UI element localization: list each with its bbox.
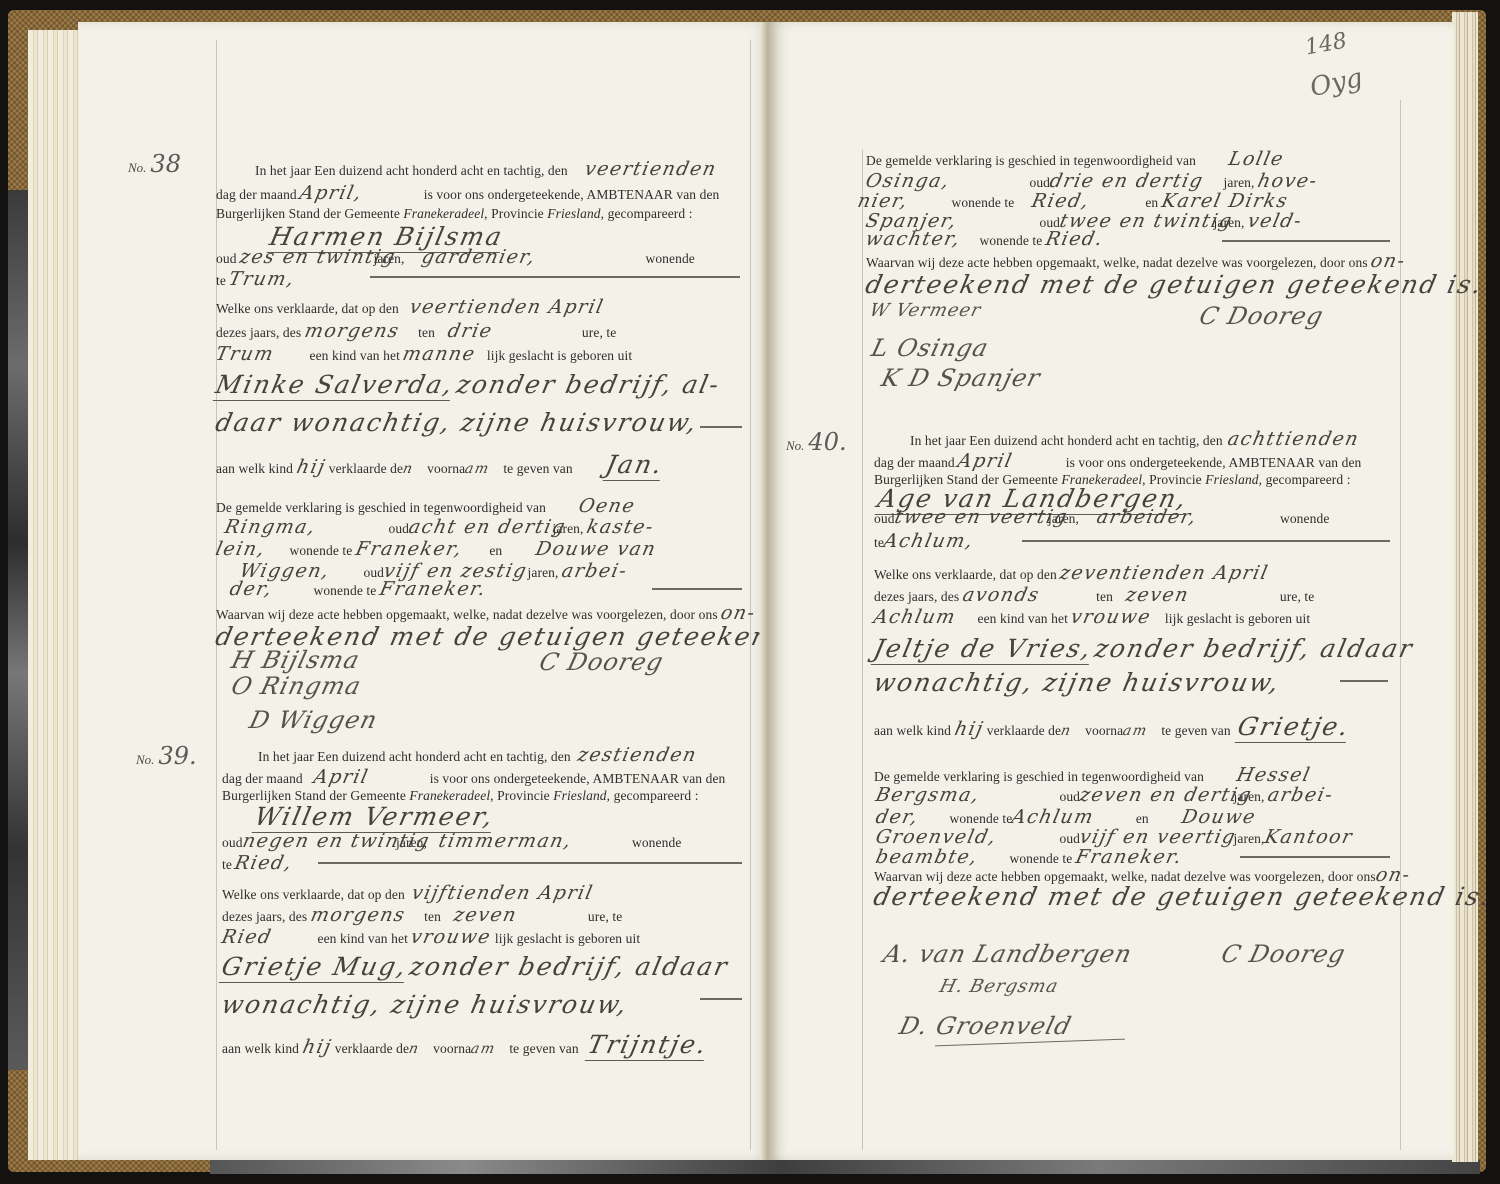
printed-text: , gecompareerd : (607, 788, 699, 803)
birth-date-line: Welke ons verklaarde, dat op den zeventi… (874, 562, 1269, 584)
witness2-line: Groenveld, oudvijf en veertig jaren,Kant… (876, 826, 1352, 848)
printed-text: een kind van het (309, 348, 399, 363)
handwritten-closing: on- (1369, 250, 1408, 272)
mother-line-2: wonachtig, zijne huisvrouw, (874, 668, 1280, 697)
handwritten-witness2-first: Douwe van (533, 538, 658, 560)
printed-text: te (222, 857, 232, 872)
handwritten-suffix: am (470, 1041, 498, 1057)
handwritten-witness1-last: Osinga, (864, 170, 1029, 192)
child-name-line: aan welk kind hij verklaarde den voornaa… (222, 1030, 707, 1061)
handwritten-witness2-last: Groenveld, (874, 826, 1059, 848)
printed-text: dag der maand (216, 187, 297, 202)
printed-text: voorna (433, 1041, 471, 1056)
handwritten-sex: vrouwe (409, 926, 494, 948)
printed-text: dezes jaars, des (216, 325, 301, 340)
handwritten-witness1-residence: Franeker, (353, 538, 478, 560)
entry-number: 40. (808, 428, 846, 456)
mother-line: Jeltje de Vries, zonder bedrijf, aldaar (874, 634, 1414, 665)
handwritten-time: morgens (302, 320, 417, 342)
handwritten-sex: vrouwe (1069, 606, 1164, 628)
printed-text: oud (1059, 789, 1080, 804)
handwritten-closing: derteekend met de getuigen geteekend is. (863, 270, 1486, 299)
left-right-rule (750, 40, 751, 1150)
fill-rule (1340, 680, 1388, 682)
handwritten-witness1-last: Bergsma, (874, 784, 1059, 806)
printed-text: ten (424, 909, 441, 924)
no-label: No. (136, 752, 154, 767)
handwritten-witness1-occupation: nier, (856, 190, 951, 212)
handwritten-witness2-first: Douwe (1180, 806, 1259, 828)
handwritten-witness1-first: Lolle (1227, 148, 1287, 170)
witness2-res-line: wachter, wonende te Ried. (866, 228, 1103, 250)
handwritten-hour: zeven (1124, 584, 1239, 606)
printed-text: lijk geslacht is geboren uit (487, 348, 632, 363)
intro-line: In het jaar Een duizend acht honderd ach… (258, 744, 697, 766)
printed-text: Waarvan wij deze acte hebben opgemaakt, … (216, 607, 718, 622)
handwritten-witness1-residence: Achlum (1010, 806, 1115, 828)
signature-official: C Dooreg (1197, 302, 1327, 330)
handwritten-age: negen en twintig (240, 830, 395, 852)
printed-text: is voor ons ondergeteekende, AMBTENAAR v… (424, 187, 720, 202)
printed-text: te geven van (1161, 723, 1230, 738)
witness1-res-line: nier, wonende te Ried, en Karel Dirks (858, 190, 1288, 212)
printed-text: oud (222, 835, 243, 850)
handwritten-birth-date: vijftienden April (410, 882, 596, 904)
no-label: No. (786, 438, 804, 453)
printed-text: oud (216, 251, 237, 266)
printed-text: wonende te (951, 195, 1014, 210)
handwritten-hour: drie (446, 320, 551, 342)
handwritten-suffix: am (464, 461, 492, 477)
mother-line-2: daar wonachtig, zijne huisvrouw, (216, 408, 698, 437)
printed-text: wonende (632, 835, 681, 850)
handwritten-mother-detail: wonachtig, zijne huisvrouw, (219, 990, 631, 1019)
signature-witness1: H. Bergsma (937, 976, 1060, 997)
signature-witness2: D. Groenveld (897, 1012, 1075, 1040)
marbled-board-left (8, 190, 30, 1070)
handwritten-suffix: n (407, 1041, 421, 1057)
printed-text: aan welk kind (874, 723, 951, 738)
age-line: oud zes en twintig jaren, gardenier, won… (216, 246, 695, 268)
handwritten-hour: zeven (452, 904, 557, 926)
closing-line-2: derteekend met de getuigen geteekend is. (866, 270, 1483, 299)
municipality-line: Burgerlijken Stand der Gemeente Franeker… (216, 206, 693, 222)
witness1-line: Osinga, ouddrie en dertig jaren, hove- (866, 170, 1318, 192)
printed-text: wonende (1280, 511, 1329, 526)
signature-official: C Dooreg (1219, 940, 1349, 968)
handwritten-residence: Ried, (233, 852, 295, 874)
handwritten-witness1-first: Hessel (1235, 764, 1313, 786)
signature-declarant: H Bijlsma (229, 646, 363, 674)
printed-text: jaren, (1234, 831, 1265, 846)
printed-text: In het jaar Een duizend acht honderd ach… (255, 163, 568, 178)
handwritten-witness1-first: Oene (577, 495, 638, 517)
printed-text: voorna (1085, 723, 1123, 738)
printed-text: dezes jaars, des (874, 589, 959, 604)
signature-witness2: K D Spanjer (879, 364, 1044, 392)
no-label: No. (128, 160, 146, 175)
printed-text: oud (388, 521, 409, 536)
printed-text: De gemelde verklaring is geschied in teg… (216, 500, 546, 515)
printed-text: voorna (427, 461, 465, 476)
printed-text: , gecompareerd : (601, 206, 693, 221)
sex-line: Achlum een kind van het vrouwe lijk gesl… (874, 606, 1310, 628)
witness1-res-line: der, wonende teAchlum en Douwe (876, 806, 1256, 828)
province: Friesland (547, 206, 600, 221)
handwritten-witness1-last: Ringma, (223, 516, 388, 538)
handwritten-day: veertienden (583, 158, 719, 180)
printed-text: , gecompareerd : (1259, 472, 1351, 487)
handwritten-witness1-age: acht en dertig (407, 516, 552, 538)
handwritten-witness2-occupation: arbei- (560, 560, 630, 582)
handwritten-hij: hij (300, 1036, 333, 1058)
declarant-line: Willem Vermeer, (255, 802, 494, 833)
mother-line: Minke Salverda, zonder bedrijf, al- (216, 370, 720, 401)
handwritten-mother-detail: zonder bedrijf, aldaar (1092, 634, 1417, 663)
page-stack-left (28, 30, 80, 1160)
printed-text: De gemelde verklaring is geschied in teg… (874, 769, 1204, 784)
printed-text: een kind van het (977, 611, 1067, 626)
handwritten-suffix: n (401, 461, 415, 477)
month-line: dag der maand April is voor ons onderget… (222, 766, 725, 788)
printed-text: Welke ons verklaarde, dat op den (874, 567, 1057, 582)
fill-rule (700, 426, 742, 428)
province: Friesland (553, 788, 606, 803)
printed-text: ure, te (588, 909, 622, 924)
time-line: dezes jaars, des avonds ten zeven ure, t… (874, 584, 1314, 606)
handwritten-witness1-age: zeven en dertig (1078, 784, 1233, 806)
intro-line: In het jaar Een duizend acht honderd ach… (910, 428, 1359, 450)
entry-number: 39. (158, 742, 196, 770)
witness-line: De gemelde verklaring is geschied in teg… (866, 148, 1284, 170)
fill-rule (1240, 856, 1390, 858)
printed-text: In het jaar Een duizend acht honderd ach… (258, 749, 571, 764)
printed-text: jaren, (1224, 175, 1255, 190)
handwritten-residence: Achlum, (882, 530, 976, 552)
handwritten-mother: Minke Salverda, (213, 370, 457, 401)
handwritten-month: April (956, 450, 1051, 472)
handwritten-occupation: timmerman, (436, 830, 601, 852)
printed-text: aan welk kind (216, 461, 293, 476)
witness1-res-line: lein, wonende te Franeker, en Douwe van (216, 538, 656, 560)
residence-line: te Trum, (216, 268, 295, 290)
printed-text: De gemelde verklaring is geschied in teg… (866, 153, 1196, 168)
handwritten-time: morgens (308, 904, 423, 926)
age-line: oudnegen en twintig jaren, timmerman, wo… (222, 830, 681, 852)
handwritten-mother-detail: zonder bedrijf, al- (454, 370, 723, 399)
witness-line: De gemelde verklaring is geschied in teg… (216, 495, 636, 517)
fill-rule (1222, 240, 1390, 242)
entry-number-40: No.40. (786, 428, 847, 456)
printed-text: verklaarde de (335, 1041, 409, 1056)
handwritten-witness1-occupation: der, (874, 806, 949, 828)
child-name-line: aan welk kind hij verklaarde den voornaa… (874, 712, 1350, 743)
handwritten-witness2-first: Karel Dirks (1159, 190, 1290, 212)
witness-line: De gemelde verklaring is geschied in teg… (874, 764, 1311, 786)
witness1-line: Bergsma, oudzeven en dertig jaren, arbei… (876, 784, 1333, 806)
fill-rule (318, 862, 742, 864)
mother-line-2: wonachtig, zijne huisvrouw, (222, 990, 628, 1019)
printed-text: verklaarde de (329, 461, 403, 476)
printed-text: Burgerlijken Stand der Gemeente (222, 788, 406, 803)
printed-text: , Provincie (490, 788, 550, 803)
handwritten-birth-date: veertienden April (408, 296, 606, 318)
signature-declarant: A. van Landbergen (881, 940, 1136, 968)
handwritten-mother-detail: zonder bedrijf, aldaar (407, 952, 732, 981)
printed-text: dezes jaars, des (222, 909, 307, 924)
handwritten-month: April, (298, 182, 403, 204)
handwritten-birth-place: Trum (214, 343, 309, 365)
witness2-res-line: der, wonende te Franeker. (230, 578, 486, 600)
time-line: dezes jaars, des morgens ten zeven ure, … (222, 904, 622, 926)
handwritten-witness2-occupation: der, (228, 578, 313, 600)
closing-line-2: derteekend met de getuigen geteekend is. (874, 882, 1491, 911)
entry-number-38: No.38 (128, 150, 181, 178)
printed-text: lijk geslacht is geboren uit (1165, 611, 1310, 626)
handwritten-witness2-residence: Ried. (1043, 228, 1105, 250)
printed-text: lijk geslacht is geboren uit (495, 931, 640, 946)
age-line: oudtwee en veertig jaren, arbeider, wone… (874, 506, 1329, 528)
printed-text: Waarvan wij deze acte hebben opgemaakt, … (866, 255, 1368, 270)
printed-text: Burgerlijken Stand der Gemeente (216, 206, 400, 221)
handwritten-suffix: n (1059, 723, 1073, 739)
handwritten-mother-detail: daar wonachtig, zijne huisvrouw, (213, 408, 701, 437)
handwritten-hij: hij (952, 718, 985, 740)
printed-text: te geven van (509, 1041, 578, 1056)
printed-text: oud (874, 511, 895, 526)
printed-text: ure, te (582, 325, 616, 340)
printed-text: wonende te (313, 583, 376, 598)
time-line: dezes jaars, des morgens ten drie ure, t… (216, 320, 616, 342)
fill-rule (700, 998, 742, 1000)
birth-date-line: Welke ons verklaarde, dat op den veertie… (216, 296, 604, 318)
signature-witness2: D Wiggen (247, 706, 381, 734)
closing-line: Waarvan wij deze acte hebben opgemaakt, … (216, 602, 756, 624)
handwritten-mother-detail: wonachtig, zijne huisvrouw, (871, 668, 1283, 697)
handwritten-suffix: am (1122, 723, 1150, 739)
printed-text: is voor ons ondergeteekende, AMBTENAAR v… (430, 771, 726, 786)
handwritten-month: April (312, 766, 417, 788)
page-stack-right (1452, 12, 1478, 1162)
signature-official: C Dooreg (537, 648, 667, 676)
signature-witness1: L Osinga (869, 334, 992, 362)
birth-date-line: Welke ons verklaarde, dat op den vijftie… (222, 882, 594, 904)
printed-text: , Provincie (484, 206, 544, 221)
handwritten-witness1-occupation: arbei- (1266, 784, 1336, 806)
handwritten-witness1-residence: Ried, (1029, 190, 1144, 212)
printed-text: Welke ons verklaarde, dat op den (222, 887, 405, 902)
printed-text: ten (1096, 589, 1113, 604)
handwritten-witness2-residence: Franeker. (377, 578, 488, 600)
handwritten-closing: derteekend met de getuigen geteekend is. (871, 882, 1494, 911)
handwritten-birth-date: zeventienden April (1058, 562, 1271, 584)
handwritten-child-name: Trijntje. (585, 1030, 711, 1061)
printed-text: jaren, (528, 565, 559, 580)
handwritten-mother: Jeltje de Vries, (871, 634, 1095, 665)
fill-rule (652, 588, 742, 590)
residence-line: teAchlum, (874, 530, 973, 552)
printed-text: oud (1029, 175, 1050, 190)
handwritten-mother: Grietje Mug, (219, 952, 410, 983)
printed-text: te geven van (503, 461, 572, 476)
handwritten-age: twee en veertig (892, 506, 1047, 528)
handwritten-witness1-occupation: lein, (214, 538, 289, 560)
sex-line: Trum een kind van het manne lijk geslach… (216, 343, 632, 365)
printed-text: en (489, 543, 502, 558)
intro-line: In het jaar Een duizend acht honderd ach… (255, 158, 717, 180)
printed-text: te (216, 273, 226, 288)
signature-declarant: W Vermeer (867, 300, 983, 321)
printed-text: en (1145, 195, 1158, 210)
handwritten-witness2-age: vijf en veertig (1078, 826, 1233, 848)
marbled-board-bottom (210, 1160, 1480, 1174)
handwritten-child-name: Grietje. (1235, 712, 1353, 743)
handwritten-birth-place: Achlum (872, 606, 977, 628)
month-line: dag der maand April, is voor ons onderge… (216, 182, 719, 204)
printed-text: wonende te (979, 233, 1042, 248)
printed-text: wonende te (949, 811, 1012, 826)
handwritten-birth-place: Ried (220, 926, 317, 948)
printed-text: en (1136, 811, 1149, 826)
handwritten-sex: manne (401, 343, 486, 365)
entry-number-39: No.39. (136, 742, 197, 770)
signature-witness1: O Ringma (229, 672, 365, 700)
printed-text: aan welk kind (222, 1041, 299, 1056)
handwritten-declarant: Willem Vermeer, (252, 802, 497, 833)
handwritten-hij: hij (294, 456, 327, 478)
handwritten-residence: Trum, (227, 268, 297, 290)
printed-text: een kind van het (317, 931, 407, 946)
municipality: Franekeradeel (409, 788, 490, 803)
printed-text: wonende te (289, 543, 352, 558)
handwritten-closing: on- (719, 602, 758, 624)
witness1-line: Ringma, oudacht en dertig jaren, kaste- (225, 516, 654, 538)
handwritten-witness2-occupation: wachter, (864, 228, 979, 250)
municipality: Franekeradeel (403, 206, 484, 221)
closing-line: Waarvan wij deze acte hebben opgemaakt, … (866, 250, 1406, 272)
handwritten-witness2-occupation: veld- (1246, 210, 1305, 232)
handwritten-day: zestienden (576, 744, 700, 766)
printed-text: In het jaar Een duizend acht honderd ach… (910, 433, 1223, 448)
month-line: dag der maand April is voor ons onderget… (874, 450, 1361, 472)
handwritten-age: zes en twintig (238, 246, 373, 268)
handwritten-occupation: gardenier, (420, 246, 585, 268)
printed-text: ten (418, 325, 435, 340)
printed-text: Welke ons verklaarde, dat op den (216, 301, 399, 316)
sex-line: Ried een kind van het vrouwe lijk geslac… (222, 926, 640, 948)
printed-text: is voor ons ondergeteekende, AMBTENAAR v… (1066, 455, 1362, 470)
child-name-line: aan welk kind hij verklaarde den voornaa… (216, 450, 663, 481)
mother-line: Grietje Mug, zonder bedrijf, aldaar (222, 952, 729, 983)
fill-rule (1022, 540, 1390, 542)
handwritten-witness1-occupation: hove- (1256, 170, 1320, 192)
handwritten-witness1-occupation: kaste- (585, 516, 657, 538)
handwritten-witness2-occupation: Kantoor (1262, 826, 1355, 848)
handwritten-occupation: arbeider, (1094, 506, 1239, 528)
handwritten-day: achttienden (1226, 428, 1362, 450)
entry-number: 38 (150, 150, 181, 178)
handwritten-time: avonds (960, 584, 1085, 606)
printed-text: dag der maand (874, 455, 955, 470)
printed-text: ure, te (1280, 589, 1314, 604)
handwritten-witness1-age: drie en dertig (1048, 170, 1223, 192)
fill-rule (370, 276, 740, 278)
handwritten-child-name: Jan. (603, 450, 667, 481)
printed-text: wonende (645, 251, 694, 266)
residence-line: te Ried, (222, 852, 293, 874)
printed-text: verklaarde de (987, 723, 1061, 738)
right-margin-rule (862, 150, 863, 1150)
printed-text: dag der maand (222, 771, 303, 786)
printed-text: oud (1059, 831, 1080, 846)
province: Friesland (1205, 472, 1258, 487)
